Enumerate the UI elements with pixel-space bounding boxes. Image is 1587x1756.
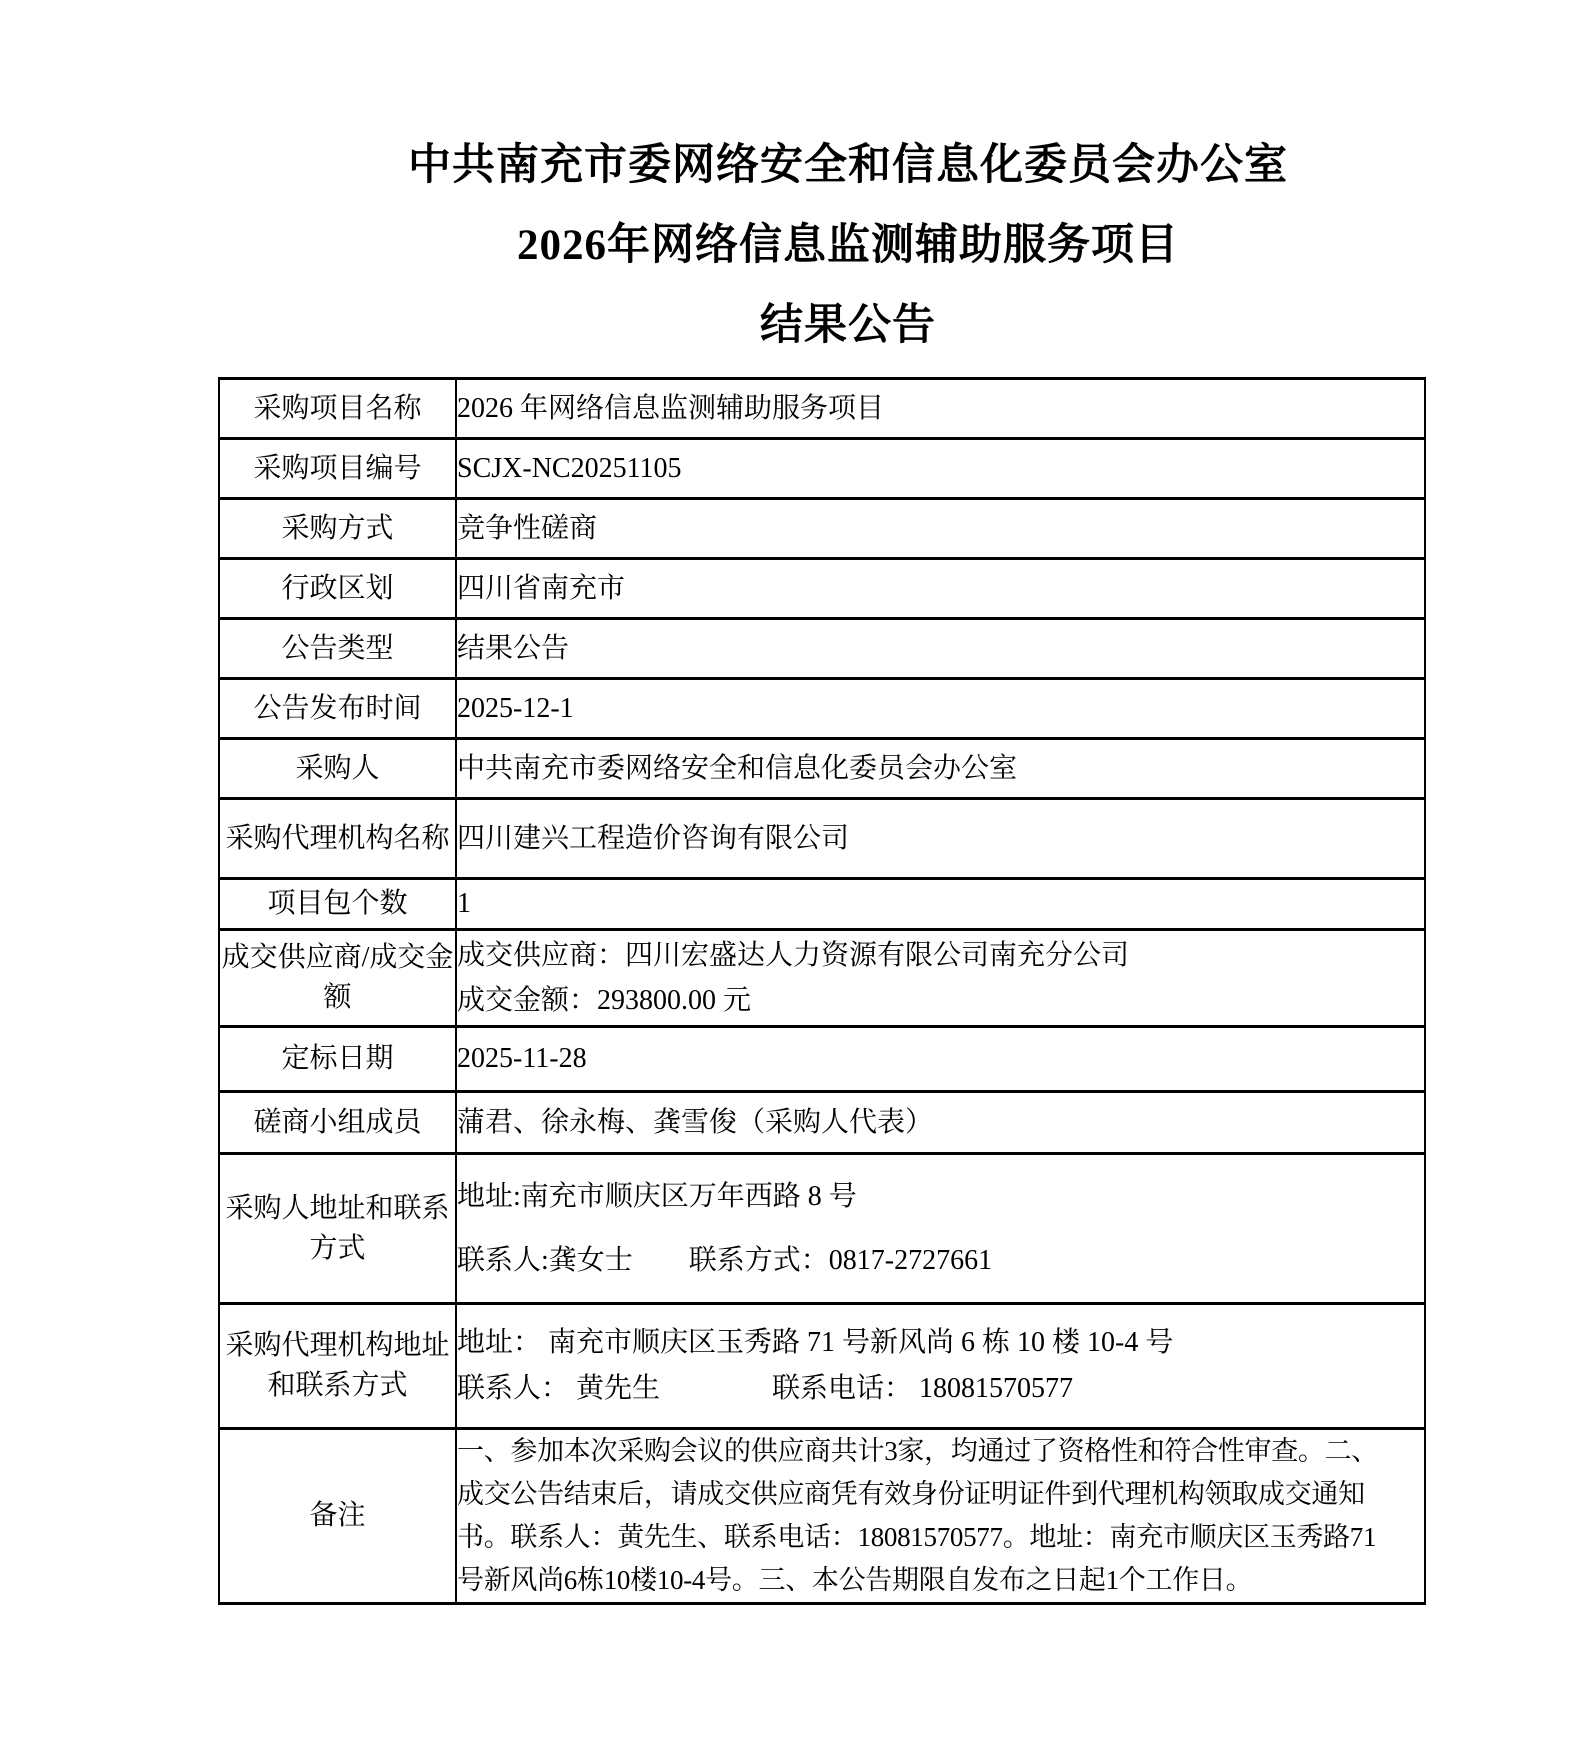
row-value: 2025-12-1 [456,679,1425,739]
row-label: 定标日期 [219,1027,456,1092]
table-row-project-number: 采购项目编号 SCJX-NC20251105 [219,439,1425,499]
table-row-project-name: 采购项目名称 2026 年网络信息监测辅助服务项目 [219,379,1425,439]
title-line-org: 中共南充市委网络安全和信息化委员会办公室 [272,126,1424,206]
table-row-remarks: 备注 一、参加本次采购会议的供应商共计3家，均通过了资格性和符合性审查。二、 成… [219,1429,1425,1604]
table-row-purchaser-contact: 采购人地址和联系方式 地址:南充市顺庆区万年西路 8 号 联系人:龚女士 联系方… [219,1154,1425,1304]
row-value-line: 书。联系人：黄先生、联系电话：18081570577。地址：南充市顺庆区玉秀路7… [457,1516,1424,1559]
row-label: 项目包个数 [219,879,456,930]
row-value-line: 联系人： 黄先生 联系电话： 18081570577 [457,1366,1424,1412]
row-value: 地址:南充市顺庆区万年西路 8 号 联系人:龚女士 联系方式：0817-2727… [456,1154,1425,1304]
row-value-line: 一、参加本次采购会议的供应商共计3家，均通过了资格性和符合性审查。二、 [457,1430,1424,1473]
row-value: 四川省南充市 [456,559,1425,619]
row-label: 行政区划 [219,559,456,619]
row-value: 2025-11-28 [456,1027,1425,1092]
title-line-project: 2026年网络信息监测辅助服务项目 [272,206,1424,286]
row-label: 公告发布时间 [219,679,456,739]
row-value-line: 地址:南充市顺庆区万年西路 8 号 [457,1165,1424,1229]
row-label: 采购项目名称 [219,379,456,439]
row-value-line: 地址： 南充市顺庆区玉秀路 71 号新风尚 6 栋 10 楼 10-4 号 [457,1320,1424,1366]
table-row-procurement-method: 采购方式 竞争性磋商 [219,499,1425,559]
row-value: 四川建兴工程造价咨询有限公司 [456,799,1425,879]
announcement-table: 采购项目名称 2026 年网络信息监测辅助服务项目 采购项目编号 SCJX-NC… [218,377,1426,1605]
row-label: 采购代理机构地址和联系方式 [219,1304,456,1429]
row-label: 采购项目编号 [219,439,456,499]
row-value: 结果公告 [456,619,1425,679]
document-title: 中共南充市委网络安全和信息化委员会办公室 2026年网络信息监测辅助服务项目 结… [272,0,1424,366]
table-row-agency-name: 采购代理机构名称 四川建兴工程造价咨询有限公司 [219,799,1425,879]
row-label: 磋商小组成员 [219,1092,456,1154]
row-label: 采购人 [219,739,456,799]
table-row-admin-region: 行政区划 四川省南充市 [219,559,1425,619]
row-value: 成交供应商：四川宏盛达人力资源有限公司南充分公司 成交金额：293800.00 … [456,930,1425,1027]
row-label: 采购人地址和联系方式 [219,1154,456,1304]
row-value: 1 [456,879,1425,930]
row-value-line: 号新风尚6栋10楼10-4号。三、本公告期限自发布之日起1个工作日。 [457,1559,1424,1602]
row-label: 成交供应商/成交金额 [219,930,456,1027]
table-row-publish-time: 公告发布时间 2025-12-1 [219,679,1425,739]
row-value-line: 成交供应商：四川宏盛达人力资源有限公司南充分公司 [457,933,1424,978]
row-label: 采购方式 [219,499,456,559]
row-label: 采购代理机构名称 [219,799,456,879]
document-page: 中共南充市委网络安全和信息化委员会办公室 2026年网络信息监测辅助服务项目 结… [218,0,1424,1605]
row-value: 中共南充市委网络安全和信息化委员会办公室 [456,739,1425,799]
row-value: 地址： 南充市顺庆区玉秀路 71 号新风尚 6 栋 10 楼 10-4 号 联系… [456,1304,1425,1429]
table-row-award-date: 定标日期 2025-11-28 [219,1027,1425,1092]
table-row-purchaser: 采购人 中共南充市委网络安全和信息化委员会办公室 [219,739,1425,799]
row-value-line: 成交金额：293800.00 元 [457,978,1424,1023]
table-row-negotiation-panel: 磋商小组成员 蒲君、徐永梅、龚雪俊（采购人代表） [219,1092,1425,1154]
row-value: 2026 年网络信息监测辅助服务项目 [456,379,1425,439]
row-value: 竞争性磋商 [456,499,1425,559]
row-value-line: 成交公告结束后，请成交供应商凭有效身份证明证件到代理机构领取成交通知 [457,1473,1424,1516]
row-label: 备注 [219,1429,456,1604]
row-value: SCJX-NC20251105 [456,439,1425,499]
row-value-line: 联系人:龚女士 联系方式：0817-2727661 [457,1229,1424,1293]
row-label: 公告类型 [219,619,456,679]
table-row-announcement-type: 公告类型 结果公告 [219,619,1425,679]
table-row-agency-contact: 采购代理机构地址和联系方式 地址： 南充市顺庆区玉秀路 71 号新风尚 6 栋 … [219,1304,1425,1429]
table-row-winning-supplier-amount: 成交供应商/成交金额 成交供应商：四川宏盛达人力资源有限公司南充分公司 成交金额… [219,930,1425,1027]
table-row-package-count: 项目包个数 1 [219,879,1425,930]
row-value: 蒲君、徐永梅、龚雪俊（采购人代表） [456,1092,1425,1154]
title-line-result: 结果公告 [272,286,1424,366]
row-value: 一、参加本次采购会议的供应商共计3家，均通过了资格性和符合性审查。二、 成交公告… [456,1429,1425,1604]
